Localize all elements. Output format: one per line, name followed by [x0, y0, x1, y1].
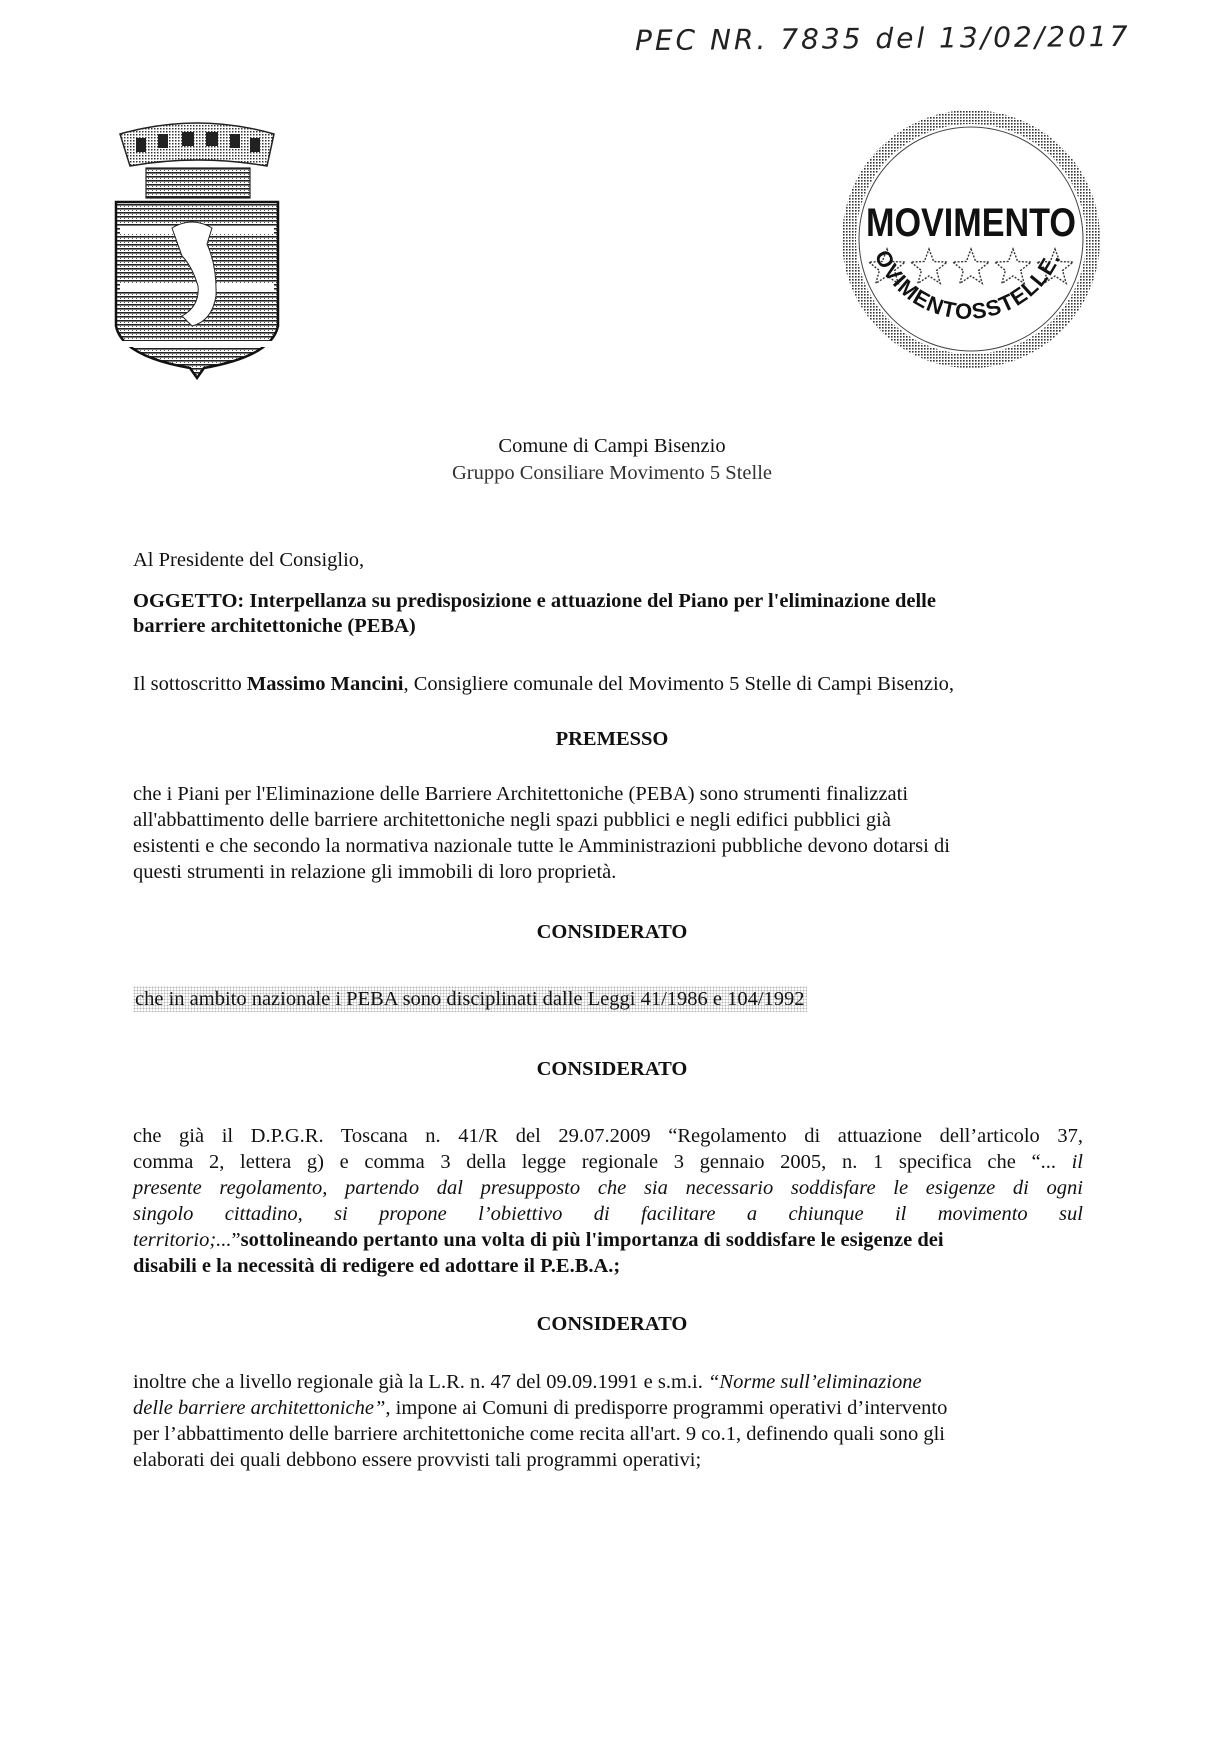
subject-label: OGGETTO:: [133, 590, 244, 612]
subject-text-1: Interpellanza su predisposizione e attua…: [249, 590, 936, 612]
considerato-3-line-3: per l’abbattimento delle barriere archit…: [133, 1422, 1083, 1447]
municipality-name: Comune di Campi Bisenzio: [0, 433, 1224, 460]
handwritten-pec-note: PEC NR. 7835 del 13/02/2017: [635, 20, 1131, 57]
considerato-2-line-3: presente regolamento, partendo dal presu…: [133, 1176, 1083, 1201]
logo-wordmark: MOVIMENTO: [866, 201, 1076, 245]
considerato-2-line-6: disabili e la necessità di redigere ed a…: [133, 1254, 1083, 1279]
intro-paragraph: Il sottoscritto Massimo Mancini, Consigl…: [133, 672, 1083, 697]
text-span: territorio;...: [133, 1229, 232, 1251]
heading-premesso: PREMESSO: [0, 727, 1224, 752]
considerato-2-line-2: comma 2, lettera g) e comma 3 della legg…: [133, 1150, 1083, 1175]
premesso-line: questi strumenti in relazione gli immobi…: [133, 860, 1083, 885]
intro-suffix: , Consigliere comunale del Movimento 5 S…: [403, 673, 954, 695]
text-span: “Norme sull’eliminazione: [708, 1371, 922, 1393]
star-icon: [953, 249, 989, 283]
council-group-name: Gruppo Consiliare Movimento 5 Stelle: [0, 460, 1224, 487]
premesso-line: esistenti e che secondo la normativa naz…: [133, 834, 1083, 859]
considerato-3-line-1: inoltre che a livello regionale già la L…: [133, 1370, 1083, 1395]
premesso-line: all'abbattimento delle barriere architet…: [133, 808, 1083, 833]
text-span: ”: [232, 1229, 241, 1251]
considerato-2-line-4: singolo cittadino, si propone l’obiettiv…: [133, 1202, 1083, 1227]
heading-considerato-1: CONSIDERATO: [0, 920, 1224, 945]
highlighted-text: che in ambito nazionale i PEBA sono disc…: [133, 986, 807, 1012]
document-page: PEC NR. 7835 del 13/02/2017: [0, 0, 1224, 1752]
text-span: inoltre che a livello regionale già la L…: [133, 1371, 708, 1393]
intro-prefix: Il sottoscritto: [133, 673, 247, 695]
councillor-name: Massimo Mancini: [247, 673, 404, 695]
subject-line-2: barriere architettoniche (PEBA): [133, 614, 1083, 639]
heading-considerato-3: CONSIDERATO: [0, 1312, 1224, 1337]
considerato-2-line-5: territorio;...”sottolineando pertanto un…: [133, 1228, 1083, 1253]
premesso-line: che i Piani per l'Eliminazione delle Bar…: [133, 782, 1083, 807]
heading-considerato-2: CONSIDERATO: [0, 1057, 1224, 1082]
text-span: il: [1072, 1151, 1083, 1173]
movimento-5-stelle-logo-icon: MOVIMENTO MOVIMENTOSSTELLE.IT: [840, 108, 1102, 370]
crest-icon: [112, 116, 282, 381]
text-span: delle barriere architettoniche”: [133, 1397, 385, 1419]
addressee: Al Presidente del Consiglio,: [133, 548, 1083, 573]
considerato-1-text: che in ambito nazionale i PEBA sono disc…: [133, 987, 1083, 1012]
considerato-3-line-2: delle barriere architettoniche”, impone …: [133, 1396, 1083, 1421]
star-icon: [911, 249, 947, 283]
text-span: sottolineando pertanto una volta di più …: [241, 1229, 944, 1251]
text-span: , impone ai Comuni di predisporre progra…: [385, 1397, 947, 1419]
text-span: comma 2, lettera g) e comma 3 della legg…: [133, 1151, 1072, 1173]
considerato-3-line-4: elaborati dei quali debbono essere provv…: [133, 1448, 1083, 1473]
considerato-2-line-1: che già il D.P.G.R. Toscana n. 41/R del …: [133, 1124, 1083, 1149]
subject-line-1: OGGETTO: Interpellanza su predisposizion…: [133, 589, 1083, 614]
